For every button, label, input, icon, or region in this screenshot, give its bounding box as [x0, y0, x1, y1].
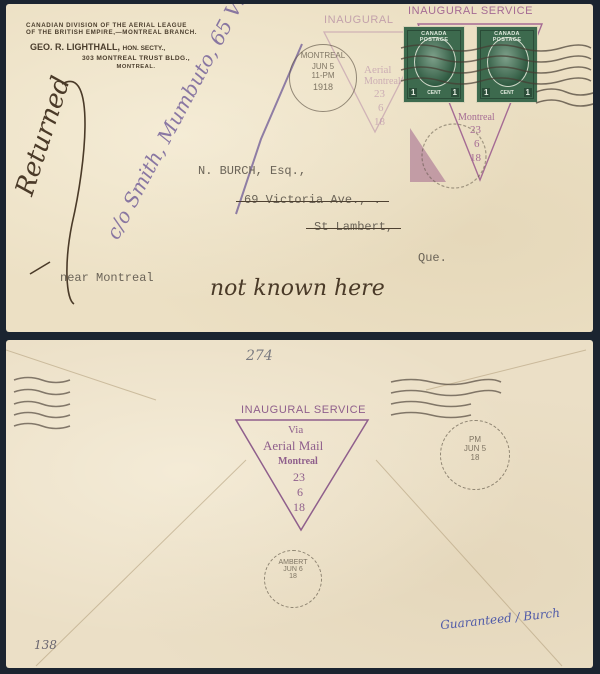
backstamp-right-year: 18: [441, 453, 509, 462]
handwritten-returned: Returned: [10, 73, 77, 200]
address-province: Que.: [418, 251, 447, 265]
faint-cachet-day: 23: [374, 88, 385, 100]
pencil-number-bottom: 138: [34, 638, 57, 652]
cachet-year: 18: [470, 152, 481, 164]
handwritten-not-known: not known here: [210, 276, 385, 301]
stamp-2-value-right: 1: [524, 88, 532, 97]
backstamp-bottom: AMBERT JUN 6 18: [264, 550, 322, 608]
backstamp-bottom-city: AMBERT: [265, 559, 321, 566]
backstamp-bottom-date: JUN 6: [265, 566, 321, 573]
envelope-front: CANADIAN DIVISION OF THE AERIAL LEAGUE O…: [6, 4, 593, 332]
faint-cachet-title: INAUGURAL: [324, 14, 394, 26]
cachet-title: INAUGURAL SERVICE: [408, 5, 533, 17]
backstamp-right-time: PM: [441, 435, 509, 444]
backstamp-bottom-year: 18: [265, 573, 321, 580]
stamp-1-value-left: 1: [409, 88, 417, 97]
stamp-1: CANADA POSTAGE CENT 1 1: [403, 26, 465, 103]
stamp-2-country: CANADA POSTAGE: [481, 31, 533, 43]
cachet-day: 23: [470, 124, 481, 136]
postmark-time: 11-PM: [290, 71, 356, 80]
faint-cachet-service: Aerial: [364, 64, 391, 76]
secretary-name: GEO. R. LIGHTHALL,: [30, 42, 120, 52]
address-note: near Montreal: [60, 271, 154, 285]
back-cachet-via: Via: [288, 424, 303, 436]
address-city: St Lambert,: [314, 220, 393, 234]
cachet-month: 6: [474, 138, 480, 150]
address-street: 69 Victoria Ave., .: [244, 193, 381, 207]
pencil-number-top: 274: [246, 348, 273, 364]
address-name: N. BURCH, Esq.,: [198, 164, 306, 178]
stamp-2-value-left: 1: [482, 88, 490, 97]
king-portrait-icon: [487, 37, 529, 87]
backstamp-right: PM JUN 5 18: [440, 420, 510, 490]
back-cachet-month: 6: [297, 485, 303, 500]
stamp-2: CANADA POSTAGE CENT 1 1: [476, 26, 538, 103]
back-cachet-year: 18: [293, 500, 305, 515]
envelope-back: 274 138 INAUGURAL SERVICE Via Aerial Mai…: [6, 340, 593, 668]
faint-cachet-city: Montreal: [364, 76, 401, 87]
signature-guaranteed: Guaranteed / Burch: [440, 606, 561, 632]
back-cachet-service: Aerial Mail: [263, 438, 323, 454]
postmark-date: JUN 5: [290, 62, 356, 71]
cachet-city: Montreal: [458, 112, 495, 123]
faint-cachet-year: 18: [374, 116, 385, 128]
stamp-1-value-right: 1: [451, 88, 459, 97]
king-portrait-icon: [414, 37, 456, 87]
back-cachet-day: 23: [293, 470, 305, 485]
postmark-year: 1918: [290, 82, 356, 92]
backstamp-right-date: JUN 5: [441, 444, 509, 453]
secretary-title: HON. SECTY.,: [123, 45, 166, 52]
back-cachet-title: INAUGURAL SERVICE: [241, 404, 366, 416]
back-cachet-city: Montreal: [278, 456, 318, 467]
faint-cachet-month: 6: [378, 102, 384, 114]
postmark-city: MONTREAL: [290, 51, 356, 60]
postmark-montreal: MONTREAL JUN 5 11-PM 1918: [289, 44, 357, 112]
stamp-1-country: CANADA POSTAGE: [408, 31, 460, 43]
